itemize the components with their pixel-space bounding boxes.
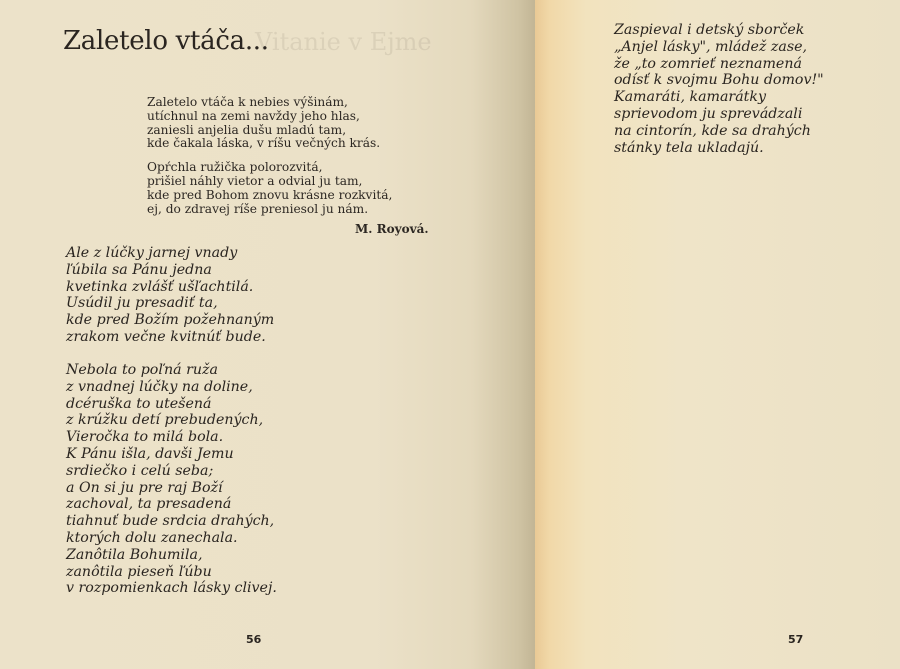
verse-line: sprievodom ju sprevádzali bbox=[614, 106, 824, 123]
verse-line: tiahnuť bude srdcia drahých, bbox=[66, 513, 277, 530]
verse-line: K Pánu išla, davši Jemu bbox=[66, 446, 277, 463]
verse-line: „Anjel lásky", mládež zase, bbox=[614, 39, 824, 56]
verse-line: Zanôtila Bohumila, bbox=[66, 547, 277, 564]
verse-line: ľúbila sa Pánu jedna bbox=[66, 262, 274, 279]
verse-line: Vieročka to milá bola. bbox=[66, 429, 277, 446]
motto-stanza: Zaletelo vtáča k nebies výšinám, utíchnu… bbox=[147, 96, 392, 151]
verse-line: kvetinka zvlášť ušľachtilá. bbox=[66, 279, 274, 296]
verse-line: Nebola to poľná ruža bbox=[66, 362, 277, 379]
verse-line: Opŕchla ružička polorozvitá, bbox=[147, 161, 392, 175]
verse-line: ktorých dolu zanechala. bbox=[66, 530, 277, 547]
verse-line: Zaspieval i detský sborček bbox=[614, 22, 824, 39]
verse-line: v rozpomienkach lásky clivej. bbox=[66, 580, 277, 597]
verse-line: Kamaráti, kamarátky bbox=[614, 89, 824, 106]
poem-stanza-2: Nebola to poľná ruža z vnadnej lúčky na … bbox=[66, 362, 277, 597]
verse-line: zachoval, ta presadená bbox=[66, 496, 277, 513]
verse-line: z vnadnej lúčky na doline, bbox=[66, 379, 277, 396]
verse-line: že „to zomrieť neznamená bbox=[614, 56, 824, 73]
page-number-right: 57 bbox=[788, 633, 803, 646]
verse-line: prišiel náhly vietor a odvial ju tam, bbox=[147, 175, 392, 189]
verse-line: a On si ju pre raj Boží bbox=[66, 480, 277, 497]
verse-line: zaniesli anjelia dušu mladú tam, bbox=[147, 124, 392, 138]
book-spread: Vitanie v Ejme Zaletelo vtáča... Zaletel… bbox=[0, 0, 900, 669]
verse-line: Ale z lúčky jarnej vnady bbox=[66, 245, 274, 262]
verse-line: srdiečko i celú seba; bbox=[66, 463, 277, 480]
verse-line: Zaletelo vtáča k nebies výšinám, bbox=[147, 96, 392, 110]
verse-line: odísť k svojmu Bohu domov!" bbox=[614, 72, 824, 89]
poem-stanza-1: Ale z lúčky jarnej vnady ľúbila sa Pánu … bbox=[66, 245, 274, 346]
verse-line: Usúdil ju presadiť ta, bbox=[66, 295, 274, 312]
verse-line: stánky tela ukladajú. bbox=[614, 140, 824, 157]
verse-line: na cintorín, kde sa drahých bbox=[614, 123, 824, 140]
bleed-through-text: Vitanie v Ejme bbox=[255, 28, 432, 56]
verse-line: z krúžku detí prebudených, bbox=[66, 412, 277, 429]
left-page: Vitanie v Ejme Zaletelo vtáča... Zaletel… bbox=[0, 0, 535, 669]
motto-verse: Zaletelo vtáča k nebies výšinám, utíchnu… bbox=[147, 96, 392, 226]
motto-author: M. Royová. bbox=[355, 222, 429, 236]
verse-line: ej, do zdravej ríše preniesol ju nám. bbox=[147, 203, 392, 217]
verse-line: utíchnul na zemi navždy jeho hlas, bbox=[147, 110, 392, 124]
verse-line: kde pred Bohom znovu krásne rozkvitá, bbox=[147, 189, 392, 203]
verse-line: kde pred Božím požehnaným bbox=[66, 312, 274, 329]
verse-line: kde čakala láska, v ríšu večných krás. bbox=[147, 137, 392, 151]
poem-continuation: Zaspieval i detský sborček „Anjel lásky"… bbox=[614, 22, 824, 156]
motto-stanza: Opŕchla ružička polorozvitá, prišiel náh… bbox=[147, 161, 392, 216]
page-number-left: 56 bbox=[246, 633, 261, 646]
page-title: Zaletelo vtáča... bbox=[63, 26, 269, 56]
verse-line: zanôtila pieseň ľúbu bbox=[66, 564, 277, 581]
verse-line: zrakom večne kvitnúť bude. bbox=[66, 329, 274, 346]
verse-line: dcéruška to utešená bbox=[66, 396, 277, 413]
